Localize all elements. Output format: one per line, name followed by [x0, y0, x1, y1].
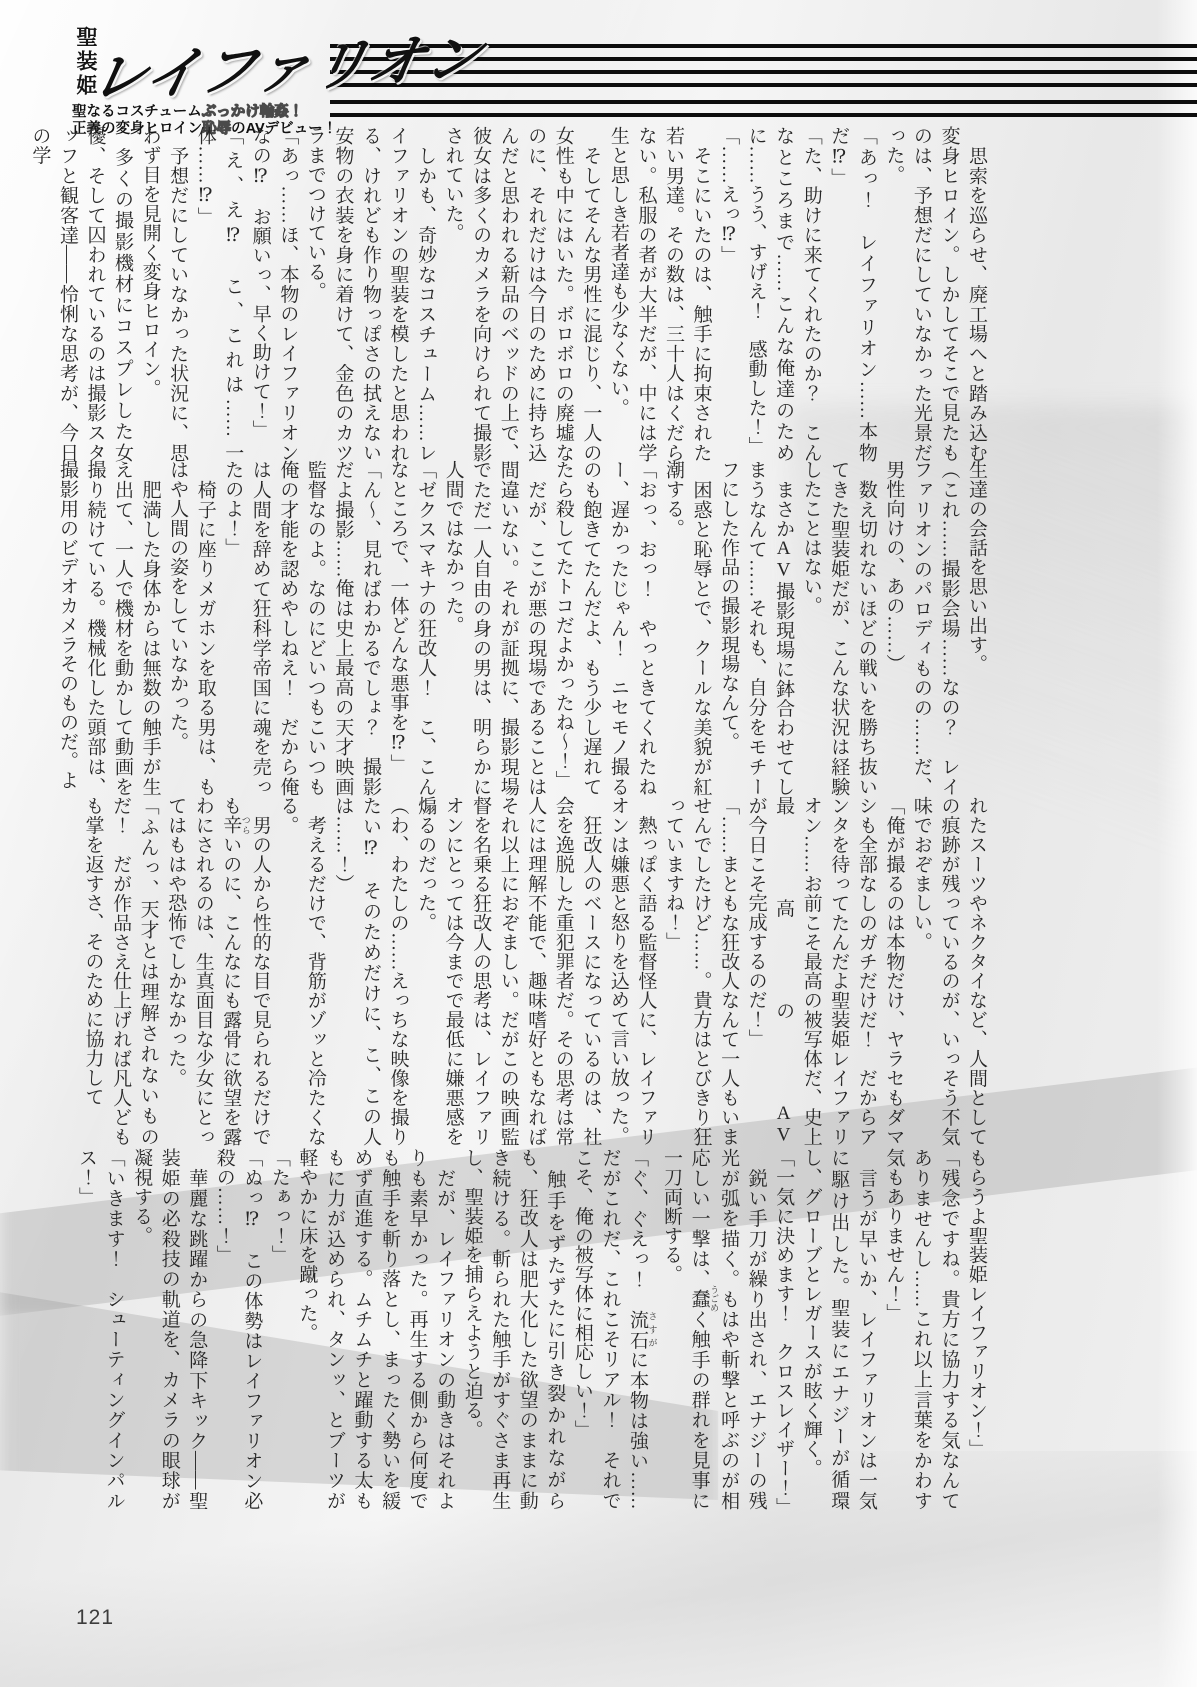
logo-subtitle-line-1: 聖なるコスチュームぶっかけ輪姦！ — [72, 104, 337, 121]
paragraph: （わ、わたしの……えっちな映像を撮りたい⁉ そのためだけに、こ、この人は……！） — [329, 796, 412, 1146]
paragraph: 「え、え⁉ こ、これは……一体……⁉」 — [191, 126, 246, 462]
paragraph: 「ゼクスマキナの狂改人！ こ、こんなところで、一体どんな悪事を⁉」 — [384, 460, 439, 796]
paragraph: 触手をずたずたに引き裂かれながらも、狂改人は肥大化した欲望のままに動き続ける。斬… — [458, 1148, 568, 1510]
page-edge-highlight — [1157, 0, 1197, 1687]
paragraph: 「おっ、おっ！ やっときてくれたねー、遅かったじゃん！ ニセモノ撮るのも飽きてた… — [549, 460, 659, 796]
paragraph: 「一気に決めます！ クロスレイザー！」 — [770, 1148, 798, 1510]
paragraph: 肥満した身体からは無数の触手が生え出て、一人で機材を動かして動画を撮り続けている… — [53, 460, 163, 796]
paragraph: もらうよ聖装姫レイファリオン！」 — [962, 1148, 990, 1510]
paragraph: 数え切れないほどの戦いを勝ち抜いてきた聖装姫だが、こんな状況は経験したことはない… — [797, 460, 880, 796]
paragraph: 「……えっ⁉」 — [715, 126, 743, 462]
paragraph: れたスーツやネクタイなど、人間としての痕跡が残っているのが、いっそう不気味でおぞ… — [907, 796, 990, 1146]
paragraph: 考えるだけで、背筋がゾッと冷たくなる。 — [274, 796, 329, 1146]
logo-main-title: レイファリオン — [84, 14, 490, 114]
paragraph: まさかAV撮影現場に鉢合わせてしまうなんて……それも、自分をモチーフにした作品の… — [715, 460, 798, 796]
series-logo: 聖装姫 レイファリオン 聖なるコスチュームぶっかけ輪姦！ 正義の変身ヒロイン恥辱… — [60, 16, 490, 136]
paragraph: 椅子に座りメガホンを取る男は、もはや人間の姿をしていなかった。 — [164, 460, 219, 796]
paragraph: 「いきます！ シューティングインパルス！」 — [73, 1148, 128, 1510]
paragraph: そしてそんな男性に混じり、一人の女性も中にはいた。ボロボロの廃墟なのに、それだけ… — [439, 126, 604, 462]
paragraph: 困惑と恥辱とで、クールな美貌が紅潮する。 — [659, 460, 714, 796]
paragraph: しかも、奇妙なコスチューム……レイファリオンの聖装を模したと思われる、けれども作… — [301, 126, 439, 462]
text-band-3: れたスーツやネクタイなど、人間としての痕跡が残っているのが、いっそう不気味でおぞ… — [58, 796, 990, 1146]
paragraph: （これ……撮影会場……なの？ レイファリオンのパロディものの……だ、男性向けの、… — [880, 460, 963, 796]
paragraph: だが、ここが悪の現場であることは間違いない。それが証拠に、撮影現場でただ一人自由… — [439, 460, 549, 796]
paragraph: 「た、助けに来てくれたのか？ こんなところまで……こんな俺達のために……うう、す… — [742, 126, 825, 462]
text-band-1: 思索を巡らせ、廃工場へと踏み込む変身ヒロイン。しかしてそこで見たものは、予想だに… — [58, 126, 990, 462]
paragraph: 「たぁっ！」 — [265, 1148, 293, 1510]
paragraph: 「残念ですね。貴方に協力する気なんてありませんし……これ以上言葉をかわす気もあり… — [880, 1148, 963, 1510]
paragraph: 狂改人のベースになっているのは、社会を逸脱した重犯罪者だ。その思考は常人には理解… — [412, 796, 605, 1146]
paragraph: そこにいたのは、触手に拘束された若い男達。その数は、三十人はくだらない。私服の者… — [604, 126, 714, 462]
paragraph: 華麗な跳躍からの急降下キック――聖装姫の必殺技の軌道を、カメラの眼球が凝視する。 — [128, 1148, 211, 1510]
paragraph: 鋭い手刀が繰り出され、エナジーの残光が弧を描く。もはや斬撃と呼ぶのが相応しい一撃… — [657, 1148, 769, 1510]
paragraph: 「ぬっ⁉ この体勢はレイファリオン必殺の……！」 — [210, 1148, 265, 1510]
paragraph: 「俺が撮るのは本物だけ、ヤラセもダマシも全部なしのガチだけだ！ だからアンタを待… — [742, 796, 907, 1146]
text-band-4: もらうよ聖装姫レイファリオン！」「残念ですね。貴方に協力する気なんてありませんし… — [58, 1148, 990, 1510]
paragraph: 生達の会話を思い出す。 — [962, 460, 990, 796]
paragraph: 熱っぽく語る監督怪人に、レイファリオンは嫌悪と怒りを込めて言い放った。 — [604, 796, 659, 1146]
paragraph: 多くの撮影機材にコスプレした女優、そして囚われているのは撮影スタッフと観客達――… — [26, 126, 136, 462]
paragraph: 「あっ！ レイファリオン……本物だ⁉」 — [825, 126, 880, 462]
paragraph: 「あっ……ほ、本物のレイファリオンなの⁉ お願いっ、早く助けて！」 — [246, 126, 301, 462]
paragraph: 予想だにしていなかった状況に、思わず目を見開く変身ヒロイン。 — [136, 126, 191, 462]
paragraph: 「……まともな狂改人なんて一人もいませんでしたけど……。貴方はとびきり狂っていま… — [659, 796, 742, 1146]
paragraph: 「ん〜、見ればわかるでしょ？ 撮影だよ撮影……俺は史上最高の天才映画監督なのよ。… — [219, 460, 384, 796]
paragraph: だが、レイファリオンの動きはそれよりも素早かった。再生する側から何度でも触手を斬… — [293, 1148, 458, 1510]
novel-page: 聖装姫 レイファリオン 聖なるコスチュームぶっかけ輪姦！ 正義の変身ヒロイン恥辱… — [0, 0, 1197, 1687]
text-band-2: 生達の会話を思い出す。（これ……撮影会場……なの？ レイファリオンのパロディもの… — [58, 460, 990, 796]
paragraph: 「ふんっ、天才とは理解されないものだ！ だが作品さえ仕上げれば凡人どもも掌を返す… — [79, 796, 162, 1146]
page-number: 121 — [76, 1606, 114, 1630]
paragraph: 男の人から性的な目で見られるだけでも辛つらいのに、こんなにも露骨に欲望を露わにさ… — [162, 796, 274, 1146]
paragraph: 思索を巡らせ、廃工場へと踏み込む変身ヒロイン。しかしてそこで見たものは、予想だに… — [880, 126, 990, 462]
paragraph: 「ぐ、ぐえっ！ 流石さすがに本物は強い……だがこれだ、これこそリアル！ それでこ… — [568, 1148, 657, 1510]
paragraph: 言うが早いか、レイファリオンは一気に駆け出した。聖装にエナジーが循環し、グローブ… — [797, 1148, 880, 1510]
